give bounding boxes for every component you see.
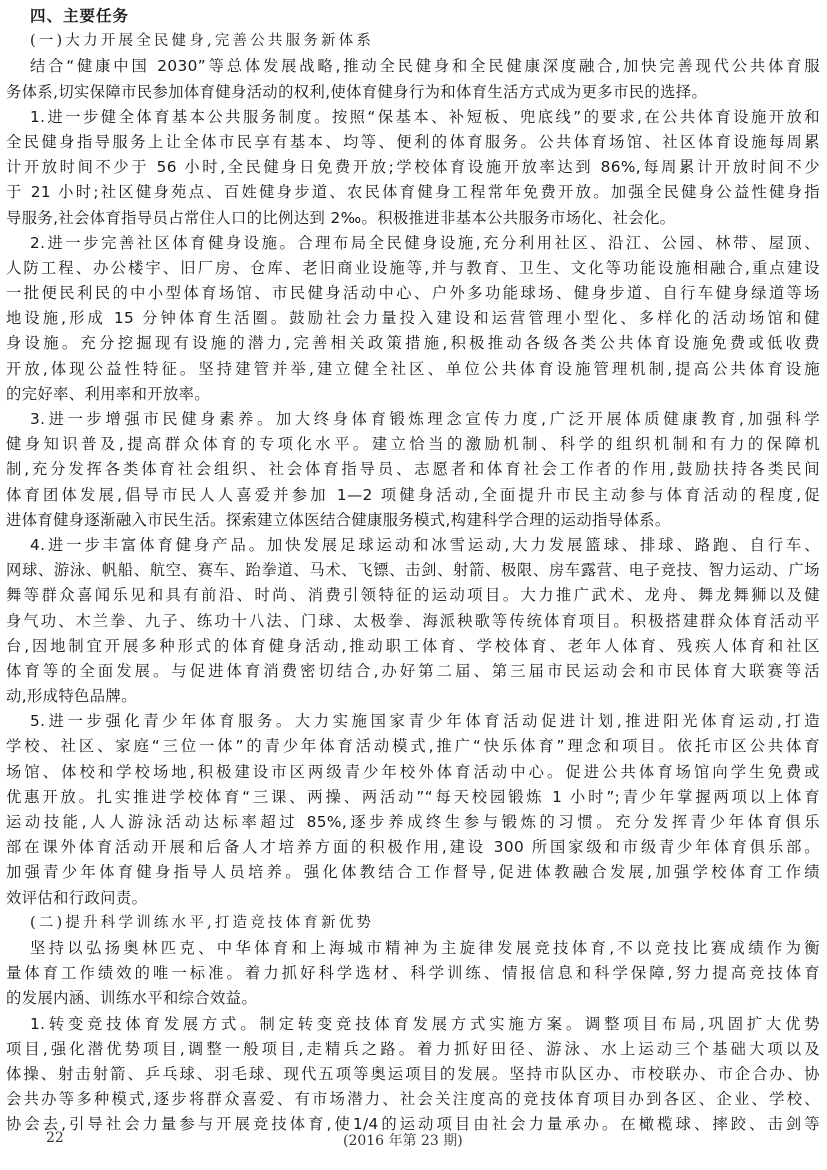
page-number: 22 [46,1130,64,1146]
paragraph-line: 体育等的全面发展。与促进体育消费密切结合,办好第二届、第三届市民运动会和市民体育… [6,659,820,684]
paragraph-line: 部在课外体育活动开展和后备人才培养方面的积极作用,建设 300 所国家级和市级青… [6,835,820,860]
paragraph-line: 导服务,社会体育指导员占常住人口的比例达到 2‰。积极推进非基本公共服务市场化、… [6,206,820,231]
paragraph-line: 4.进一步丰富体育健身产品。加快发展足球运动和冰雪运动,大力发展篮球、排球、路跑… [6,533,820,558]
paragraph-line: 加强青少年体育健身指导人员培养。强化体教结合工作督导,促进体教融合发展,加强学校… [6,860,820,885]
subsection-title-1: (一)大力开展全民健身,完善公共服务新体系 [6,29,820,54]
paragraph-line: 计开放时间不少于 56 小时,全民健身日免费开放;学校体育设施开放率达到 86%… [6,155,820,180]
paragraph-line: 人防工程、办公楼宇、旧厂房、仓库、老旧商业设施等,并与教育、卫生、文化等功能设施… [6,256,820,281]
paragraph-line: 台,因地制宜开展多种形式的体育健身活动,推动职工体育、学校体育、老年人体育、残疾… [6,634,820,659]
paragraph-line: 1.进一步健全体育基本公共服务制度。按照“保基本、补短板、兜底线”的要求,在公共… [6,105,820,130]
paragraph-line: 2.进一步完善社区体育健身设施。合理布局全民健身设施,充分利用社区、沿江、公园、… [6,231,820,256]
paragraph-line: 动,形成特色品牌。 [6,684,820,709]
paragraph-line: 体操、射击射箭、乒乓球、羽毛球、现代五项等奥运项目的发展。坚持市队区办、市校联办… [6,1062,820,1087]
subsection-title-2: (二)提升科学训练水平,打造竞技体育新优势 [6,911,820,936]
paragraph-line: 效评估和行政问责。 [6,886,820,911]
paragraph-line: 开放,体现公益性特征。坚持建管并举,建立健全社区、单位公共体育设施管理机制,提高… [6,357,820,382]
paragraph-line: 全民健身指导服务上让全体市民享有基本、均等、便利的体育服务。公共体育场馆、社区体… [6,130,820,155]
paragraph-line: 制,充分发挥各类体育社会组织、社会体育指导员、志愿者和体育社会工作者的作用,鼓励… [6,457,820,482]
paragraph-line: 1.转变竞技体育发展方式。制定转变竞技体育发展方式实施方案。调整项目布局,巩固扩… [6,1012,820,1037]
paragraph-line: 体育团体发展,倡导市民人人喜爱并参加 1—2 项健身活动,全面提升市民主动参与体… [6,483,820,508]
paragraph-line: 的发展内涵、训练水平和综合效益。 [6,986,820,1011]
paragraph-line: 网球、游泳、帆船、航空、赛车、跆拳道、马术、飞镖、击剑、射箭、极限、房车露营、电… [6,558,820,583]
paragraph-line: 健身知识普及,提高群众体育的专项化水平。建立恰当的激励机制、科学的组织机制和有力… [6,432,820,457]
paragraph-line: 于 21 小时;社区健身苑点、百姓健身步道、农民体育健身工程常年免费开放。加强全… [6,180,820,205]
paragraph-line: 5.进一步强化青少年体育服务。大力实施国家青少年体育活动促进计划,推进阳光体育运… [6,709,820,734]
paragraph-line: 的完好率、利用率和开放率。 [6,382,820,407]
section-title: 四、主要任务 [6,4,820,29]
paragraph-line: 地设施,形成 15 分钟体育生活圈。鼓励社会力量投入建设和运营管理小型化、多样化… [6,306,820,331]
paragraph-line: 运动技能,人人游泳活动达标率超过 85%,逐步养成终生参与锻炼的习惯。充分发挥青… [6,810,820,835]
paragraph-line: 身设施。充分挖掘现有设施的潜力,完善相关政策措施,积极推动各级各类公共体育设施免… [6,331,820,356]
paragraph-line: 进体育健身逐渐融入市民生活。探索建立体医结合健康服务模式,构建科学合理的运动指导… [6,508,820,533]
paragraph-line: 身气功、木兰拳、九子、练功十八法、门球、太极拳、海派秧歌等传统体育项目。积极搭建… [6,609,820,634]
document-page: 四、主要任务 (一)大力开展全民健身,完善公共服务新体系 结合“健康中国 203… [6,4,820,1137]
paragraph-line: 场馆、体校和学校场地,积极建设市区两级青少年校外体育活动中心。促进公共体育场馆向… [6,760,820,785]
paragraph-line: 优惠开放。扎实推进学校体育“三课、两操、两活动”“每天校园锻炼 1 小时”;青少… [6,785,820,810]
paragraph-line: 量体育工作绩效的唯一标准。着力抓好科学选材、科学训练、情报信息和科学保障,努力提… [6,961,820,986]
paragraph-line: 学校、社区、家庭“三位一体”的青少年体育活动模式,推广“快乐体育”理念和项目。依… [6,734,820,759]
paragraph-line: 坚持以弘扬奥林匹克、中华体育和上海城市精神为主旋律发展竞技体育,不以竞技比赛成绩… [6,936,820,961]
paragraph-line: 项目,强化潜优势项目,调整一般项目,走精兵之路。着力抓好田径、游泳、水上运动三个… [6,1037,820,1062]
paragraph-line: 结合“健康中国 2030”等总体发展战略,推动全民健身和全民健康深度融合,加快完… [6,54,820,79]
page-footer: 22 (2016 年第 23 期) [0,1130,827,1152]
paragraph-line: 一批便民利民的中小型体育场馆、市民健身活动中心、户外多功能球场、健身步道、自行车… [6,281,820,306]
paragraph-line: 舞等群众喜闻乐见和具有前沿、时尚、消费引领特征的运动项目。大力推广武术、龙舟、舞… [6,583,820,608]
paragraph-line: 务体系,切实保障市民参加体育健身活动的权利,使体育健身行为和体育生活方式成为更多… [6,80,820,105]
paragraph-line: 会共办等多种模式,逐步将群众喜爱、有市场潜力、社会关注度高的竞技体育项目办到各区… [6,1087,820,1112]
issue-label: (2016 年第 23 期) [343,1130,463,1150]
paragraph-line: 3.进一步增强市民健身素养。加大终身体育锻炼理念宣传力度,广泛开展体质健康教育,… [6,407,820,432]
